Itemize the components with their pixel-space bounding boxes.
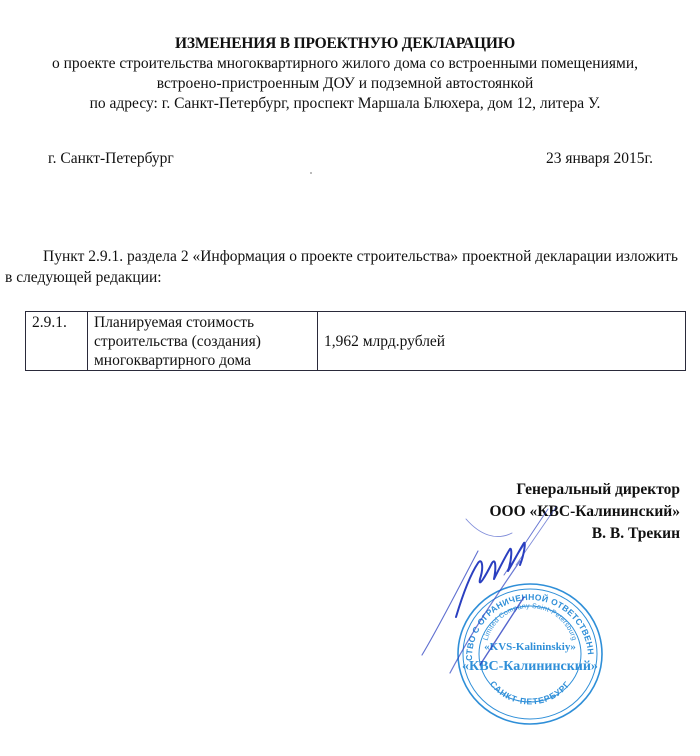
description-line: строительства (создания)	[94, 332, 311, 351]
svg-text:САНКТ-ПЕТЕРБУРГ: САНКТ-ПЕТЕРБУРГ	[488, 679, 572, 707]
stamp-center-latin: «KVS-Kalininskiy»	[484, 641, 576, 653]
document-date: 23 января 2015г.	[546, 150, 653, 168]
subtitle-line-1: о проекте строительства многоквартирного…	[0, 54, 690, 74]
description-line: Планируемая стоимость	[94, 313, 311, 332]
amendment-table: 2.9.1. Планируемая стоимость строительст…	[25, 311, 686, 371]
scan-speck	[310, 172, 312, 174]
signer-company: ООО «КВС-Калининский»	[490, 501, 681, 523]
signer-position: Генеральный директор	[490, 479, 681, 501]
cell-item-number: 2.9.1.	[26, 312, 88, 371]
document-title: ИЗМЕНЕНИЯ В ПРОЕКТНУЮ ДЕКЛАРАЦИЮ	[0, 34, 690, 54]
stamp-bottom-text: САНКТ-ПЕТЕРБУРГ	[488, 679, 572, 707]
company-stamp: ОБЩЕСТВО С ОГРАНИЧЕННОЙ ОТВЕТСТВЕННОСТЬЮ…	[456, 582, 604, 726]
signature-block: Генеральный директор ООО «КВС-Калинински…	[490, 479, 681, 545]
document-header: ИЗМЕНЕНИЯ В ПРОЕКТНУЮ ДЕКЛАРАЦИЮ о проек…	[0, 34, 690, 114]
stamp-center-cyrillic: «КВС-Калининский»	[462, 659, 598, 674]
subtitle-line-3: по адресу: г. Санкт-Петербург, проспект …	[0, 94, 690, 114]
cell-description: Планируемая стоимость строительства (соз…	[88, 312, 318, 371]
table-row: 2.9.1. Планируемая стоимость строительст…	[26, 312, 686, 371]
signer-name: В. В. Трекин	[490, 523, 681, 545]
description-line: многоквартирного дома	[94, 351, 311, 370]
place-date-row: г. Санкт-Петербург 23 января 2015г.	[0, 150, 700, 172]
body-paragraph: Пункт 2.9.1. раздела 2 «Информация о про…	[5, 246, 678, 288]
subtitle-line-2: встроено-пристроенным ДОУ и подземной ав…	[0, 74, 690, 94]
city: г. Санкт-Петербург	[48, 150, 174, 168]
cell-value: 1,962 млрд.рублей	[318, 312, 686, 371]
